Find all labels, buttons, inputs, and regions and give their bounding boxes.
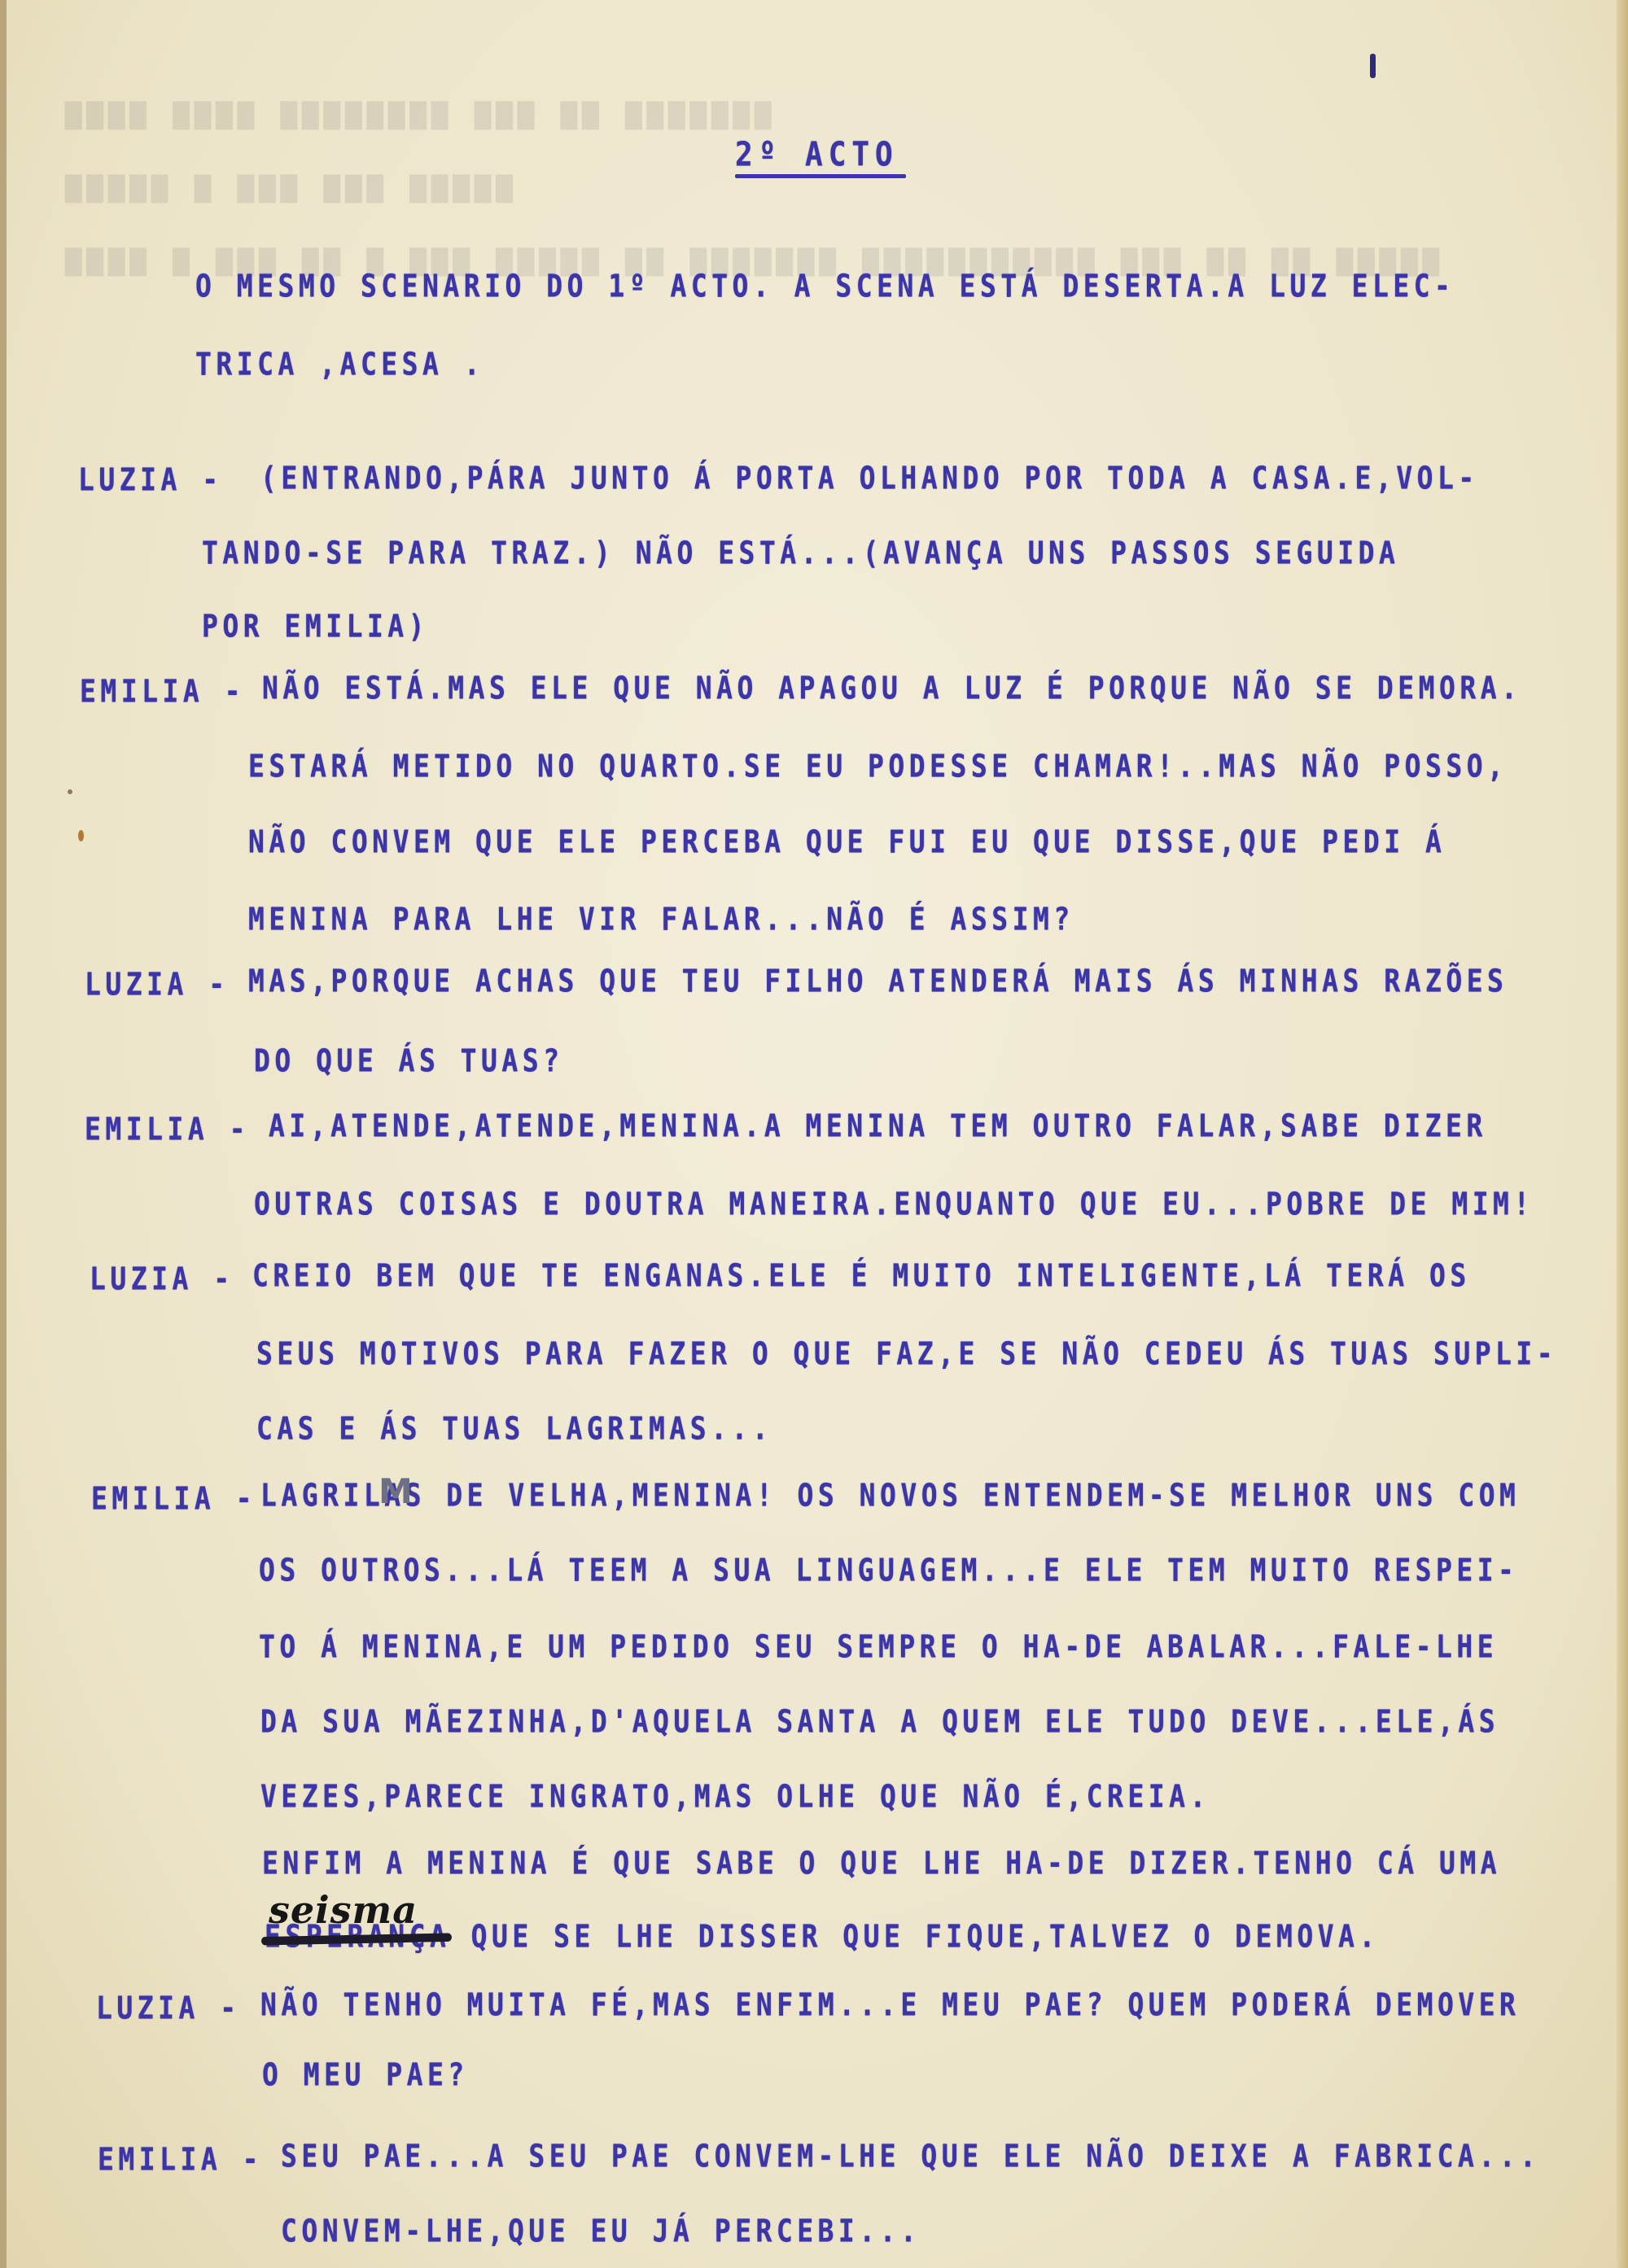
speech-line-with-strikeout: ESPERANÇA QUE SE LHE DISSER QUE FIQUE,TA…: [265, 1918, 1380, 1955]
speech-line: OS OUTROS...LÁ TEEM A SUA LINGUAGEM...E …: [259, 1552, 1518, 1588]
speech-line: SEUS MOTIVOS PARA FAZER O QUE FAZ,E SE N…: [256, 1335, 1557, 1372]
speaker-label: EMILIA -: [80, 673, 245, 710]
stage-direction-line: TRICA ,ACESA .: [195, 346, 484, 382]
struck-word: ESPERANÇA: [265, 1918, 450, 1955]
act-title-underline: [735, 174, 906, 178]
speech-line: AI,ATENDE,ATENDE,MENINA.A MENINA TEM OUT…: [269, 1108, 1487, 1144]
paper-speck: [78, 830, 84, 841]
stage-direction-line: O MESMO SCENARIO DO 1º ACTO. A SCENA EST…: [195, 268, 1455, 304]
speech-line: ENFIM A MENINA É QUE SABE O QUE LHE HA-D…: [262, 1845, 1501, 1881]
typed-overstrike-correction: M: [379, 1471, 413, 1511]
speech-line: O MEU PAE?: [262, 2056, 469, 2093]
act-title: 2º ACTO: [735, 136, 899, 174]
speech-line: MENINA PARA LHE VIR FALAR...NÃO É ASSIM?: [248, 901, 1074, 937]
speech-line: TANDO-SE PARA TRAZ.) NÃO ESTÁ...(AVANÇA …: [202, 535, 1399, 571]
speech-line: OUTRAS COISAS E DOUTRA MANEIRA.ENQUANTO …: [254, 1186, 1534, 1222]
speech-line: LAGRILAS DE VELHA,MENINA! OS NOVOS ENTEN…: [260, 1477, 1520, 1514]
speech-line: MAS,PORQUE ACHAS QUE TEU FILHO ATENDERÁ …: [248, 963, 1508, 999]
speech-line: POR EMILIA): [202, 608, 429, 645]
speech-line: NÃO TENHO MUITA FÉ,MAS ENFIM...E MEU PAE…: [260, 1986, 1520, 2023]
speaker-label: LUZIA -: [90, 1261, 234, 1297]
bleed-through-text: ▇▇▇▇▇ ▇ ▇▇▇ ▇▇▇ ▇▇▇▇▇: [65, 171, 518, 203]
speech-line: TO Á MENINA,E UM PEDIDO SEU SEMPRE O HA-…: [259, 1628, 1498, 1665]
speaker-label: LUZIA -: [96, 1990, 241, 2026]
paper-speck: [68, 789, 72, 794]
page-number-mark: 1: [1370, 54, 1376, 78]
page-left-edge: [0, 0, 7, 2268]
speech-line: SEU PAE...A SEU PAE CONVEM-LHE QUE ELE N…: [281, 2138, 1540, 2174]
bleed-through-text: ▇▇▇▇ ▇▇▇▇ ▇▇▇▇▇▇▇▇ ▇▇▇ ▇▇ ▇▇▇▇▇▇▇: [65, 98, 777, 130]
speaker-label: EMILIA -: [91, 1480, 256, 1517]
speaker-label: LUZIA -: [78, 461, 223, 498]
speaker-label: EMILIA -: [98, 2141, 263, 2178]
speech-line: CREIO BEM QUE TE ENGANAS.ELE É MUITO INT…: [252, 1257, 1471, 1294]
speech-line: CAS E ÁS TUAS LAGRIMAS...: [256, 1410, 772, 1447]
speaker-label: EMILIA -: [85, 1111, 250, 1147]
speaker-label: LUZIA -: [85, 966, 230, 1003]
speech-line: NÃO ESTÁ.MAS ELE QUE NÃO APAGOU A LUZ É …: [262, 670, 1521, 706]
page-right-edge: [1617, 0, 1628, 2268]
speech-line: (ENTRANDO,PÁRA JUNTO Á PORTA OLHANDO POR…: [260, 460, 1479, 496]
speech-line: NÃO CONVEM QUE ELE PERCEBA QUE FUI EU QU…: [248, 824, 1446, 860]
speech-line: DO QUE ÁS TUAS?: [254, 1042, 564, 1079]
speech-line-rest: QUE SE LHE DISSER QUE FIQUE,TALVEZ O DEM…: [450, 1918, 1380, 1955]
speech-line: VEZES,PARECE INGRATO,MAS OLHE QUE NÃO É,…: [260, 1778, 1210, 1815]
speech-line: CONVEM-LHE,QUE EU JÁ PERCEBI...: [281, 2213, 921, 2249]
speech-line: ESTARÁ METIDO NO QUARTO.SE EU PODESSE CH…: [248, 748, 1508, 784]
speech-line: DA SUA MÃEZINHA,D'AQUELA SANTA A QUEM EL…: [260, 1703, 1499, 1740]
